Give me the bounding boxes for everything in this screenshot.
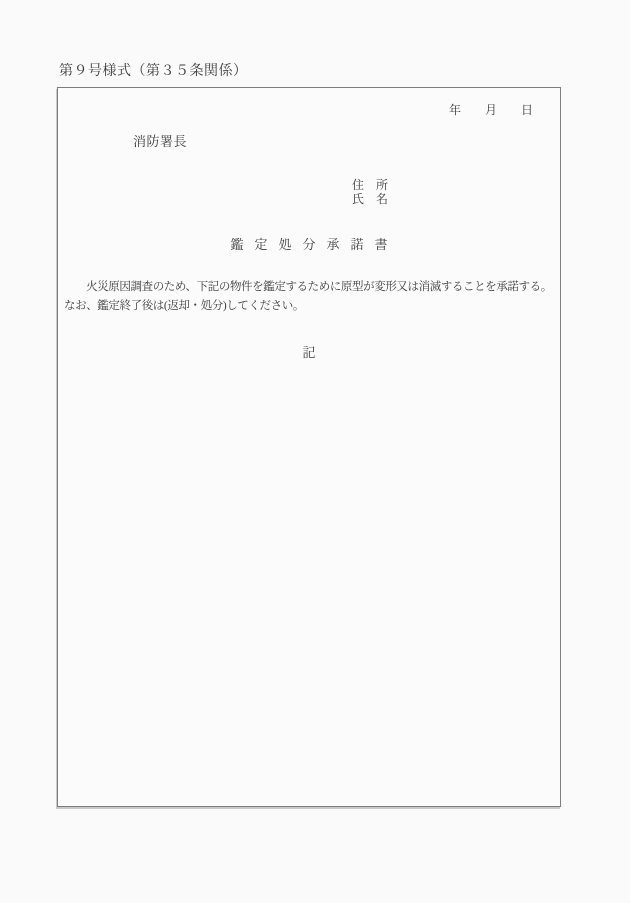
address-label: 住 所	[352, 178, 388, 192]
form-title: 鑑定処分承諾書	[58, 236, 560, 253]
date-line: 年 月 日	[449, 103, 533, 118]
name-label: 氏 名	[352, 192, 388, 206]
form-page: 第９号様式（第３５条関係） 年 月 日 消防署長 住 所 氏 名 鑑定処分承諾書…	[0, 0, 630, 903]
record-marker: 記	[58, 344, 560, 361]
consent-statement-line-2: なお、鑑定終了後は(返却・処分)してください。	[64, 297, 554, 316]
consent-statement-line-1: 火災原因調査のため、下記の物件を鑑定するために原型が変形又は消滅することを承諾す…	[64, 278, 554, 297]
consent-statement: 火災原因調査のため、下記の物件を鑑定するために原型が変形又は消滅することを承諾す…	[58, 278, 560, 315]
form-number-label: 第９号様式（第３５条関係）	[59, 63, 248, 81]
addressee-fire-chief: 消防署長	[133, 134, 187, 150]
signer-block: 住 所 氏 名	[352, 178, 388, 206]
form-frame: 年 月 日 消防署長 住 所 氏 名 鑑定処分承諾書 火災原因調査のため、下記の…	[57, 87, 561, 807]
